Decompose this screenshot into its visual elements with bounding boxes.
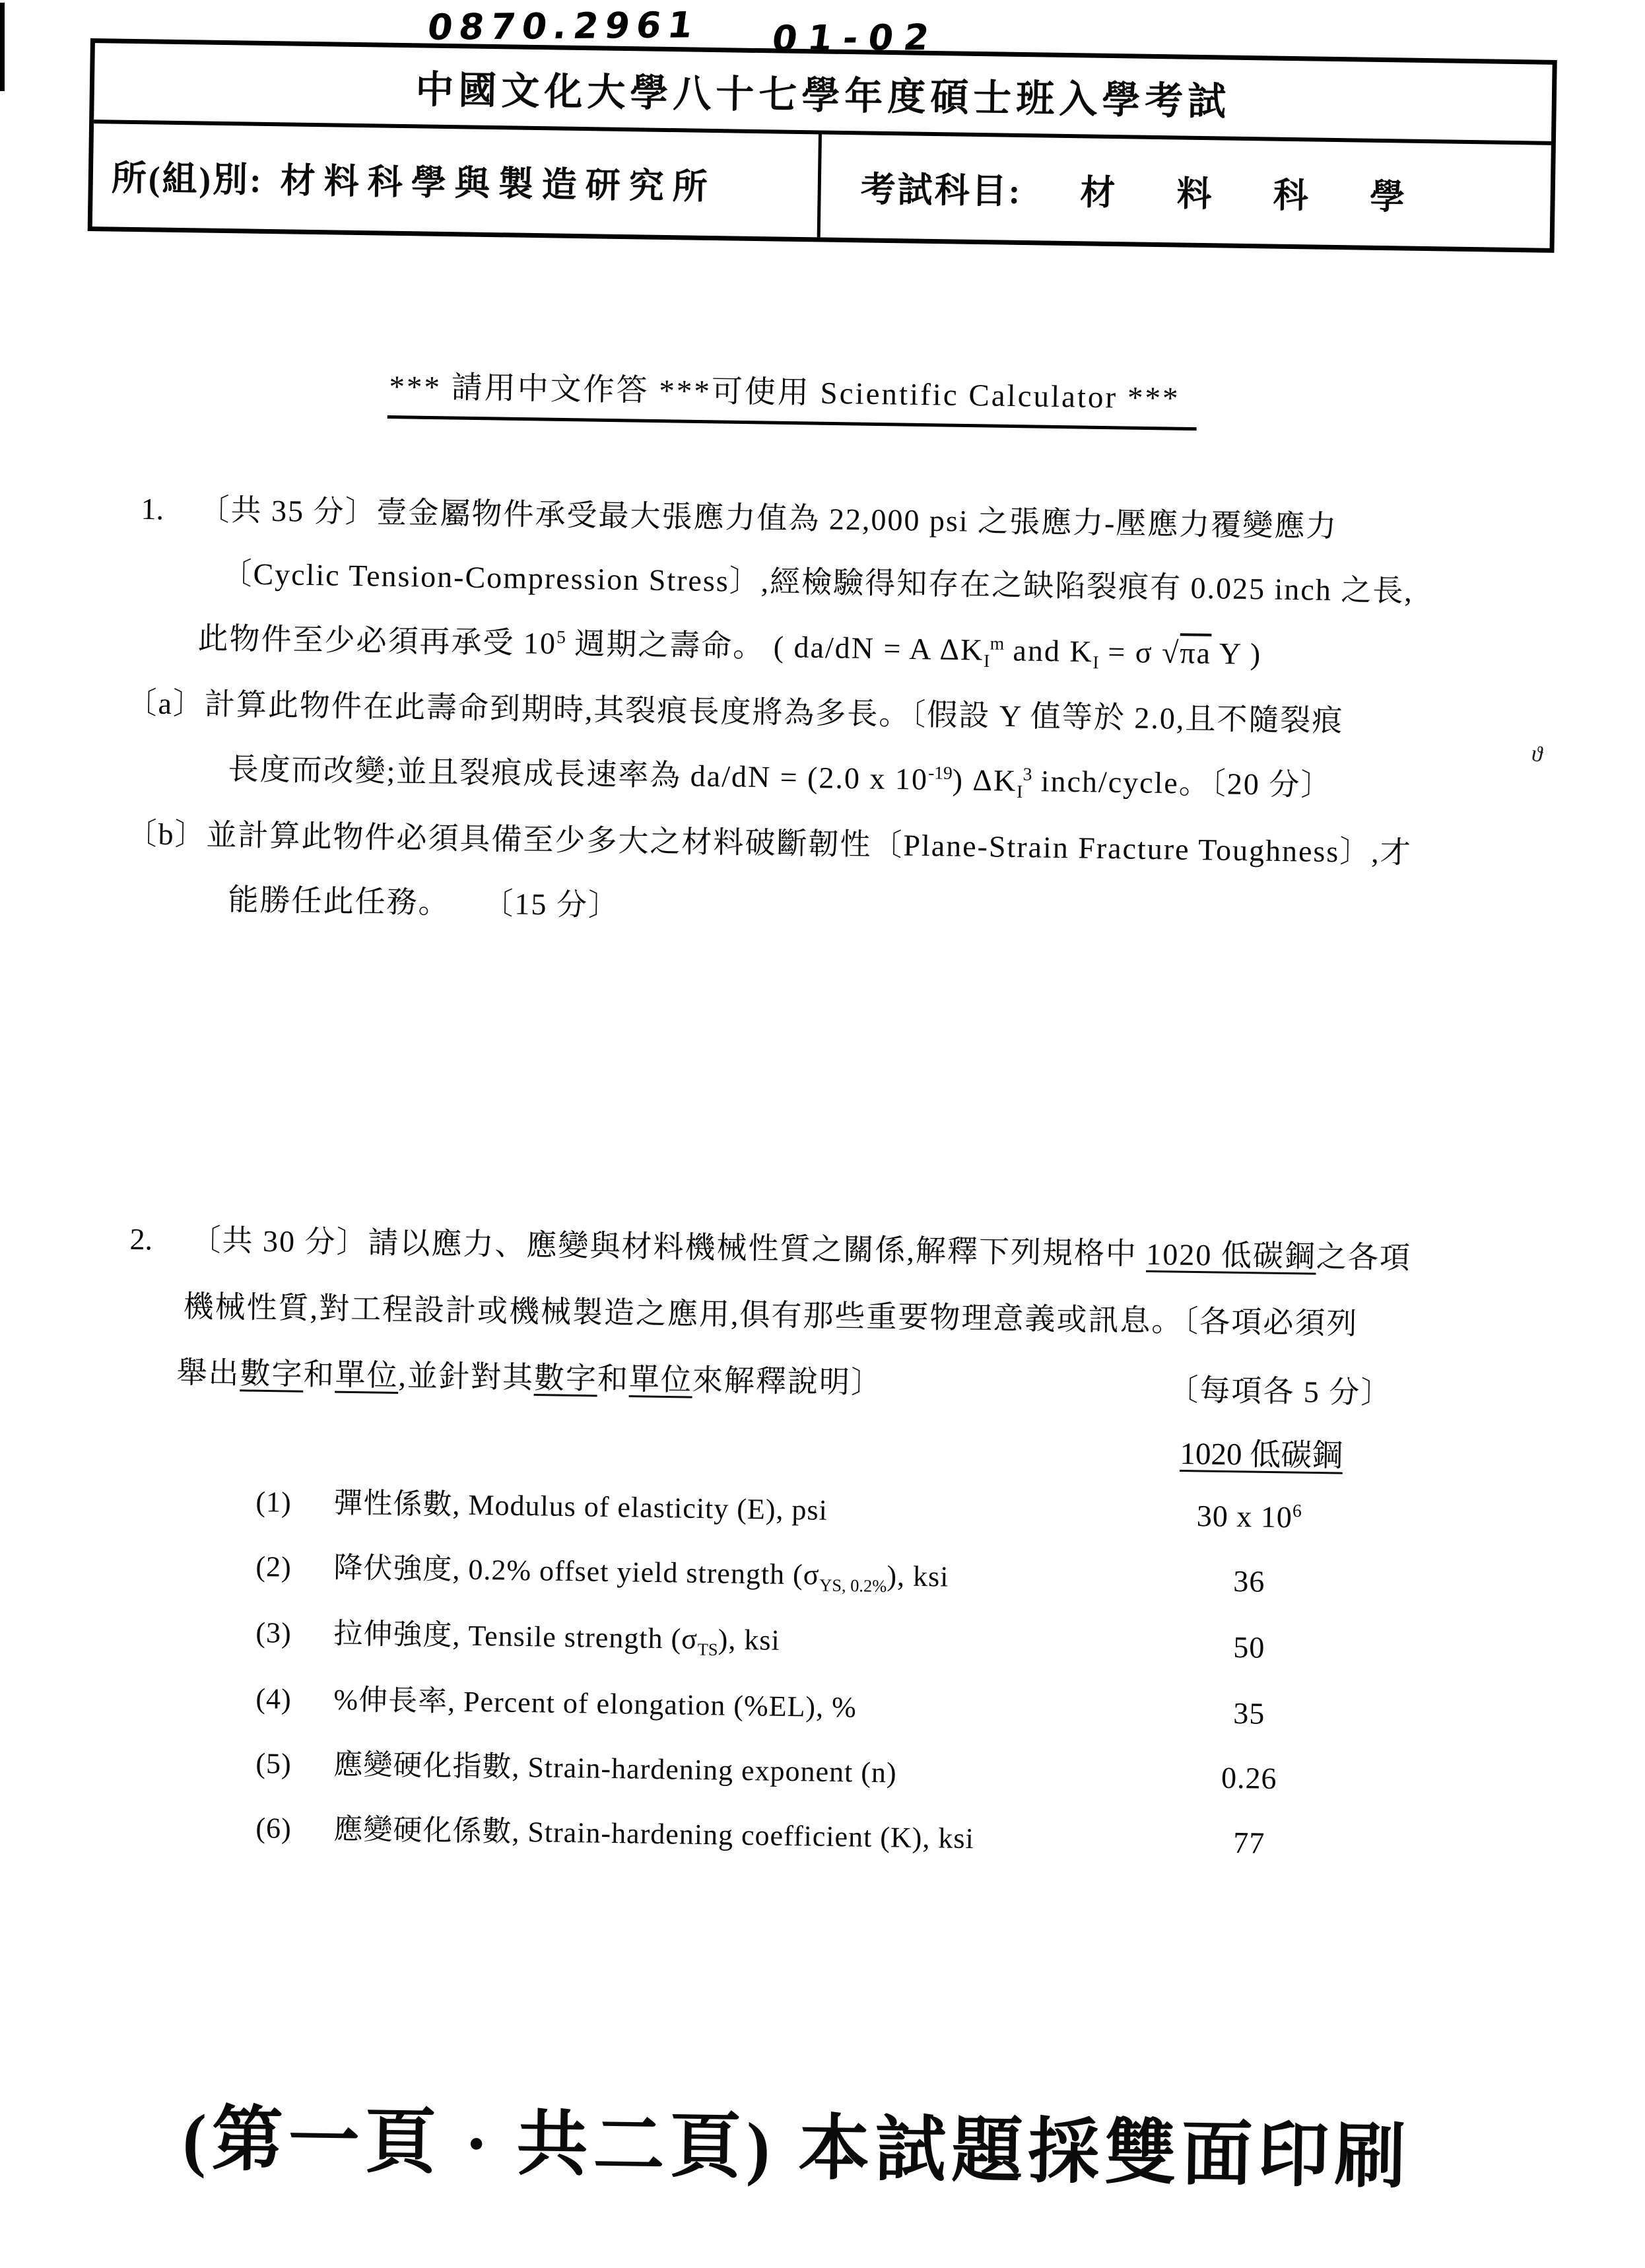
q1-item-b: 〔b〕並計算此物件必須具備至少多大之材料破斷韌性〔Plane-Strain Fr… [126,815,1412,872]
property-name-cn: 應變硬化指數, [333,1748,520,1783]
property-name-en: Strain-hardening coefficient (K), ksi [527,1816,974,1855]
property-name-cn: 拉伸強度, [333,1618,461,1652]
property-number: (4) [255,1682,334,1717]
property-number: (2) [255,1550,334,1585]
q1-item-a-seg: inch/cycle。〔20 分〕 [1032,764,1333,802]
property-name-en: ), ksi [887,1560,949,1593]
q2-line1-seg: 〔共 30 分〕請以應力、應變與材料機械性質之關係,解釋下列規格中 [190,1223,1147,1270]
subject-value: 材 料 科 學 [1080,164,1432,220]
property-value: 36 [1153,1562,1345,1600]
q2-table-row: (2)降伏強度, 0.2% offset yield strength (σYS… [255,1542,949,1597]
formula-exponent-m: m [990,633,1004,653]
q2-line3-seg: 和 [597,1361,630,1396]
subject-label: 考試科目: [860,161,1023,214]
q2-number: 2. [129,1220,191,1259]
property-number: (5) [255,1746,334,1781]
property-symbol-subscript: YS, 0.2% [819,1575,887,1596]
q1-line3-seg: = σ √ [1098,635,1180,670]
q1-line3-seg: and K [1004,633,1093,668]
property-name-cn: %伸長率, [333,1684,455,1718]
property-value: 35 [1153,1694,1345,1732]
formula-subscript-I: I [1017,781,1023,802]
instruction-line: *** 請用中文作答 ***可使用 Scientific Calculator … [387,362,1197,430]
exponent-cycles: 5 [556,627,566,647]
property-number: (6) [255,1811,334,1846]
property-value-text: 77 [1233,1826,1265,1860]
property-name-cn: 降伏強度, [333,1552,461,1586]
q2-line3-seg: 來解釋說明〕 [692,1363,883,1400]
property-value-text: 30 x 10 [1197,1499,1293,1534]
property-value-text: 0.26 [1221,1761,1277,1795]
formula-exponent-3: 3 [1023,764,1032,784]
property-name-en: Modulus of elasticity (E), psi [468,1489,828,1527]
q1-item-a-line2: 長度而改變;並且裂痕成長速率為 da/dN = (2.0 x 10-19) ΔK… [228,750,1333,808]
property-value: 50 [1153,1628,1345,1666]
property-number: (3) [255,1616,334,1651]
q1-item-a: 〔a〕計算此物件在此壽命到期時,其裂痕長度將為多長。〔假設 Y 值等於 2.0,… [126,684,1344,740]
department-value: 材料科學與製造研究所 [280,153,716,209]
q1-line3-seg: Y ) [1211,636,1262,671]
q2-line3: 舉出數字和單位,並針對其數字和單位來解釋說明〕 〔每項各 5 分〕 [176,1354,883,1402]
property-name-en: ), ksi [718,1623,780,1656]
property-name-cn: 彈性係數, [333,1487,461,1521]
property-number: (1) [255,1485,334,1520]
exam-page: 0870.2961 01-02 中國文化大學八十七學年度碩士班入學考試 所(組)… [0,0,1645,2268]
property-value-text: 35 [1233,1696,1265,1731]
department-cell: 所(組)別: 材料科學與製造研究所 [92,123,822,237]
q1-line3-seg: 週期之壽命。 ( da/dN = A ΔK [565,627,984,666]
q2-table-row: (3)拉伸強度, Tensile strength (σTS), ksi 50 [255,1608,780,1661]
page-footer: (第一頁 · 共二頁) 本試題採雙面印刷 [182,2081,1412,2202]
exam-header-box: 中國文化大學八十七學年度碩士班入學考試 所(組)別: 材料科學與製造研究所 考試… [88,38,1557,253]
scan-edge-artifact [0,3,5,91]
q2-line1: 2.〔共 30 分〕請以應力、應變與材料機械性質之關係,解釋下列規格中 1020… [129,1220,1411,1277]
points-per-item: 〔每項各 5 分〕 [1168,1371,1393,1412]
property-name-en: 0.2% offset yield strength (σ [468,1554,820,1591]
property-value-text: 50 [1233,1630,1265,1665]
q1-item-a-seg: 長度而改變;並且裂痕成長速率為 da/dN = (2.0 x 10 [228,752,928,796]
stray-pen-mark: ϑ [1529,741,1545,769]
q1-line1-text: 〔共 35 分〕壹金屬物件承受最大張應力值為 22,000 psi 之張應力-壓… [199,493,1338,543]
underlined-units: 單位 [629,1362,693,1396]
q1-line1: 1.〔共 35 分〕壹金屬物件承受最大張應力值為 22,000 psi 之張應力… [141,490,1338,545]
q2-table-row: (4)%伸長率, Percent of elongation (%EL), % … [255,1674,857,1728]
q2-table-header: 1020 低碳鋼 [1180,1429,1343,1476]
property-value-exponent: 6 [1292,1500,1302,1521]
q2-line1-seg: 之各項 [1316,1240,1412,1275]
sqrt-radicand: πa [1180,636,1211,670]
q1-line2: 〔Cyclic Tension-Compression Stress〕,經檢驗得… [221,555,1413,610]
q2-table-row: (1)彈性係數, Modulus of elasticity (E), psi … [255,1478,828,1531]
q1-item-a-seg: ) ΔK [952,763,1017,797]
q2-table-row: (6)應變硬化係數, Strain-hardening coefficient … [255,1804,974,1859]
underlined-numbers: 數字 [534,1361,598,1395]
q1-number: 1. [141,490,199,529]
q2-line2: 機械性質,對工程設計或機械製造之應用,俱有那些重要物理意義或訊息。〔各項必須列 [183,1288,1359,1343]
property-name-cn: 應變硬化係數, [333,1813,520,1848]
property-name-en: Percent of elongation (%EL), % [463,1686,857,1724]
formula-exponent-neg19: -19 [928,762,953,783]
q2-line3-seg: 和 [303,1357,335,1392]
underlined-numbers: 數字 [240,1356,304,1391]
exam-header-row2: 所(組)別: 材料科學與製造研究所 考試科目: 材 料 科 學 [92,123,1551,248]
handwritten-code: 0870.2961 [425,4,702,48]
q2-table-row: (5)應變硬化指數, Strain-hardening exponent (n)… [255,1739,897,1793]
property-value: 30 x 106 [1153,1497,1345,1535]
formula-subscript-I: I [984,650,990,671]
property-value: 77 [1153,1824,1345,1861]
property-name-en: Strain-hardening exponent (n) [527,1751,897,1789]
underlined-units: 單位 [335,1358,399,1392]
property-name-en: Tensile strength (σ [468,1620,698,1655]
department-label: 所(組)別: [111,151,263,203]
steel-grade-underlined: 1020 低碳鋼 [1146,1237,1316,1274]
property-symbol-subscript: TS [697,1639,718,1659]
q1-line3-seg: 此物件至少必須再承受 10 [197,621,556,660]
q2-line3-seg: 舉出 [176,1356,240,1390]
property-value: 0.26 [1153,1759,1345,1797]
q2-line3-seg: ,並針對其 [398,1359,534,1394]
q1-line3-formula: 此物件至少必須再承受 105 週期之壽命。 ( da/dN = A ΔKIm a… [197,619,1261,677]
q1-item-b-line2: 能勝任此任務。 〔15 分〕 [228,881,620,924]
subject-cell: 考試科目: 材 料 科 學 [821,134,1551,248]
property-value-text: 36 [1233,1564,1265,1598]
